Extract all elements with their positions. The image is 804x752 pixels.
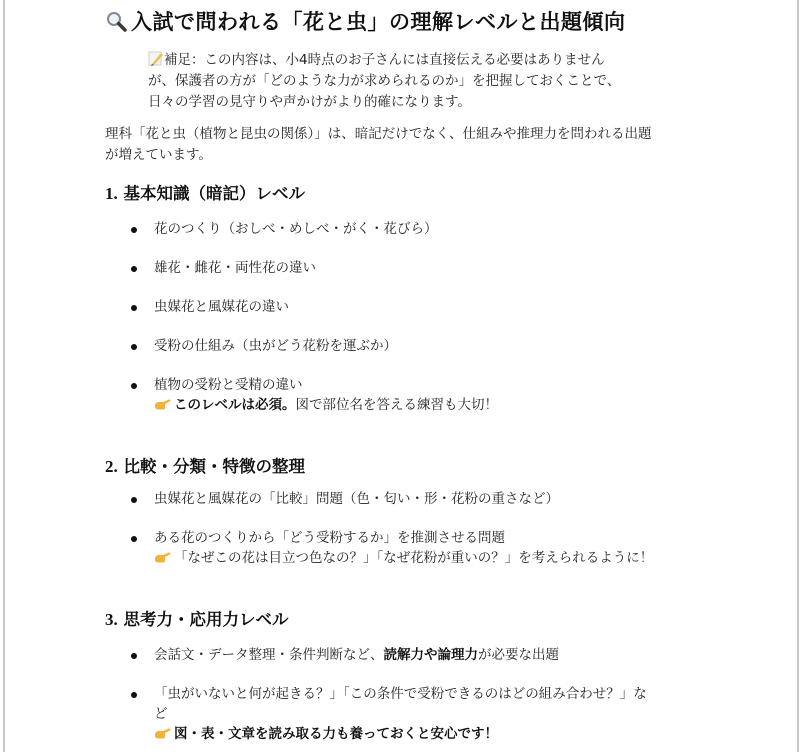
intro-paragraph: 理科「花と虫（植物と昆虫の関係）」は、暗記だけでなく、仕組みや推理力を問われる出… <box>105 124 717 166</box>
list-item: 虫媒花と風媒花の「比較」問題（色・匂い・形・花粉の重さなど） <box>130 489 720 509</box>
list-item: 「虫がいないと何が起きる？」「この条件で受粉できるのはどの組み合わせ？」な ど … <box>130 684 720 744</box>
list-item: 会話文・データ整理・条件判断など、読解力や論理力が必要な出題 <box>130 645 720 665</box>
note-line-3: 日々の学習の見守りや声かけがより的確になります。 <box>148 92 668 113</box>
supplement-note: 補足：この内容は、小4時点のお子さんには直接伝える必要はありません が、保護者の… <box>148 50 668 113</box>
section-1-list: 花のつくり（おしべ・めしべ・がく・花びら） 雄花・雌花・両性花の違い 虫媒花と風… <box>130 219 720 415</box>
tip-line: 「なぜこの花は目立つ色なの？」「なぜ花粉が重いの？」を考えられるように！ <box>154 548 720 568</box>
note-line-2: が、保護者の方が「どのような力が求められるのか」を把握しておくことで、 <box>148 71 668 92</box>
list-item: 虫媒花と風媒花の違い <box>130 297 720 317</box>
section-heading-1: 1. 基本知識（暗記）レベル <box>105 180 305 204</box>
section-heading-2: 2. 比較・分類・特徴の整理 <box>105 453 305 477</box>
list-item: 雄花・雌花・両性花の違い <box>130 258 720 278</box>
tip-line: このレベルは必須。図で部位名を答える練習も大切！ <box>154 395 720 415</box>
tip-line: 図・表・文章を読み取る力も養っておくと安心です！ <box>154 724 720 744</box>
page-title-text: 入試で問われる「花と虫」の理解レベルと出題傾向 <box>131 10 626 34</box>
list-item: 受粉の仕組み（虫がどう花粉を運ぶか） <box>130 336 720 356</box>
list-item: 植物の受粉と受精の違い このレベルは必須。図で部位名を答える練習も大切！ <box>130 375 720 415</box>
note-line-1: 補足：この内容は、小4時点のお子さんには直接伝える必要はありません <box>148 50 668 71</box>
list-item: ある花のつくりから「どう受粉するか」を推測させる問題 「なぜこの花は目立つ色なの… <box>130 528 720 568</box>
section-3-list: 会話文・データ整理・条件判断など、読解力や論理力が必要な出題 「虫がいないと何が… <box>130 645 720 744</box>
magnifying-glass-icon <box>105 10 129 32</box>
list-item: 花のつくり（おしべ・めしべ・がく・花びら） <box>130 219 720 239</box>
section-2-list: 虫媒花と風媒花の「比較」問題（色・匂い・形・花粉の重さなど） ある花のつくりから… <box>130 489 720 568</box>
pointing-hand-icon <box>154 725 172 737</box>
page-title: 入試で問われる「花と虫」の理解レベルと出題傾向 <box>105 6 626 36</box>
memo-icon <box>148 50 164 66</box>
pointing-hand-icon <box>154 396 172 408</box>
pointing-hand-icon <box>154 549 172 561</box>
section-heading-3: 3. 思考力・応用力レベル <box>105 606 289 630</box>
document-page: 入試で問われる「花と虫」の理解レベルと出題傾向 補足：この内容は、小4時点のお子… <box>3 0 799 752</box>
